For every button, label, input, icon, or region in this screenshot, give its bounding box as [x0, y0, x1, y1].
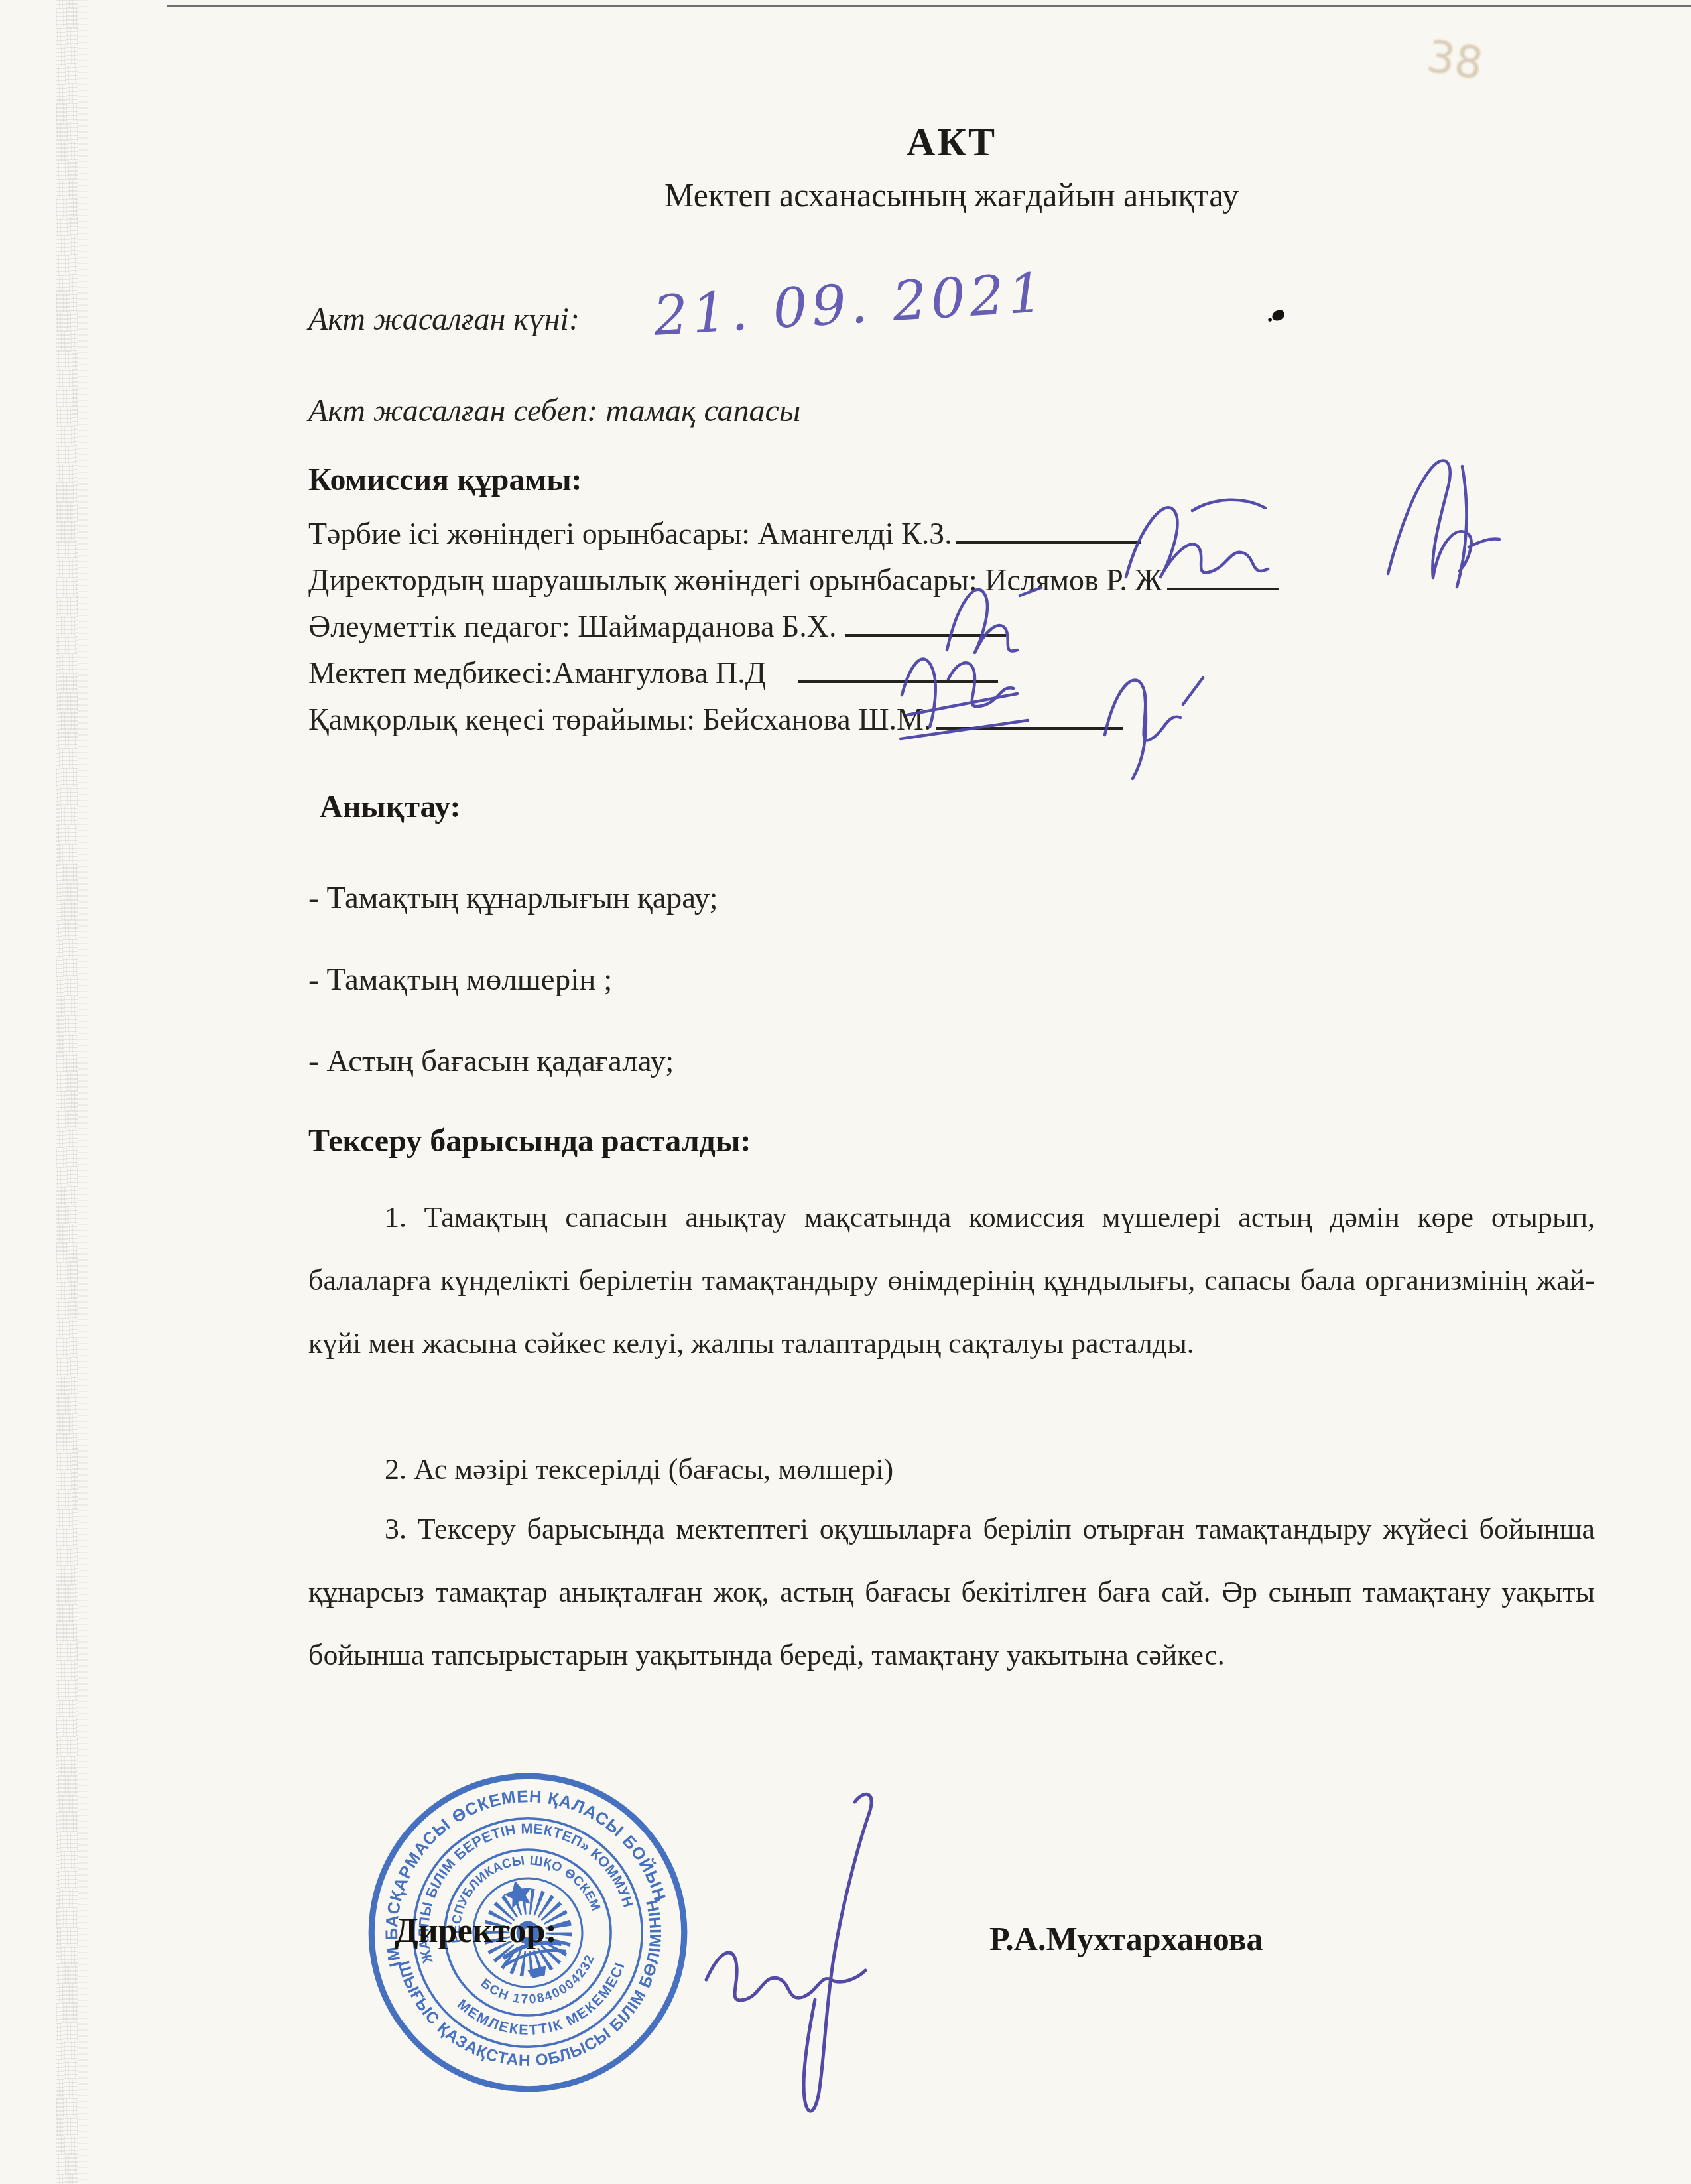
document-subtitle: Мектеп асханасының жағдайын анықтау	[308, 175, 1595, 215]
director-label: Директор:	[395, 1911, 557, 1951]
commission-member-label: Мектеп медбикесі:Амангулова П.Д	[308, 656, 766, 690]
date-label: Акт жасалған күні:	[308, 300, 580, 340]
commission-member-label: Директордың шаруашылық жөніндегі орынбас…	[308, 563, 1162, 597]
signature-line	[798, 655, 998, 683]
determine-item: - Астың бағасын қадағалау;	[308, 1040, 674, 1082]
stamp-text-middle-bottom: МЕМЛЕКЕТТІК МЕКЕМЕСІ	[452, 1956, 641, 2057]
commission-member-label: Әлеуметтік педагог: Шаймарданова Б.Х.	[308, 610, 836, 643]
scan-noise-strip-secondary	[78, 0, 88, 2184]
commission-member-label: Қамқорлық кеңесі төрайымы: Бейсханова Ш.…	[308, 702, 932, 736]
determine-heading: Анықтау:	[320, 788, 461, 826]
determine-item: - Тамақтың мөлшерін ;	[308, 958, 612, 1001]
commission-member-row: Қамқорлық кеңесі төрайымы: Бейсханова Ш.…	[308, 696, 1625, 743]
paragraph-3: 3. Тексеру барысында мектептегі оқушылар…	[308, 1498, 1595, 1687]
confirm-heading: Тексеру барысында расталды:	[308, 1122, 751, 1161]
scanned-act-document: 38 АКТ Мектеп асханасының жағдайын анықт…	[0, 0, 1691, 2184]
signature-line	[1167, 562, 1279, 590]
commission-member-row: Әлеуметтік педагог: Шаймарданова Б.Х.	[308, 604, 1625, 650]
ink-blot	[1271, 309, 1286, 322]
reason-line: Акт жасалған себеп: тамақ сапасы	[308, 391, 800, 431]
director-name: Р.А.Мухтарханова	[989, 1919, 1263, 1958]
commission-member-label: Тәрбие ісі жөніндегі орынбасары: Амангел…	[308, 517, 952, 550]
paragraph-1: 1. Тамақтың сапасын анықтау мақсатында к…	[308, 1186, 1595, 1375]
commission-member-row: Тәрбие ісі жөніндегі орынбасары: Амангел…	[308, 511, 1625, 557]
handwritten-date: 21. 09. 2021	[652, 261, 1048, 348]
commission-member-row: Директордың шаруашылық жөніндегі орынбас…	[308, 557, 1625, 604]
paragraph-2: 2. Ас мәзірі тексерілді (бағасы, мөлшері…	[308, 1438, 1595, 1501]
title-block: АКТ Мектеп асханасының жағдайын анықтау	[308, 119, 1595, 215]
signature-director	[666, 1781, 899, 2122]
commission-heading: Комиссия құрамы:	[308, 461, 582, 499]
svg-text:МЕМЛЕКЕТТІК МЕКЕМЕСІ: МЕМЛЕКЕТТІК МЕКЕМЕСІ	[452, 1956, 641, 2057]
determine-item: - Тамақтың құнарлығын қарау;	[308, 877, 718, 919]
scan-noise-strip	[56, 0, 78, 2184]
scan-edge-line	[167, 5, 1691, 7]
signature-line	[956, 516, 1141, 544]
signature-line	[936, 702, 1123, 730]
document-title: АКТ	[308, 119, 1595, 164]
signature-line	[845, 609, 1006, 637]
faint-corner-mark: 38	[1423, 31, 1486, 90]
commission-member-row: Мектеп медбикесі:Амангулова П.Д	[308, 650, 1625, 696]
